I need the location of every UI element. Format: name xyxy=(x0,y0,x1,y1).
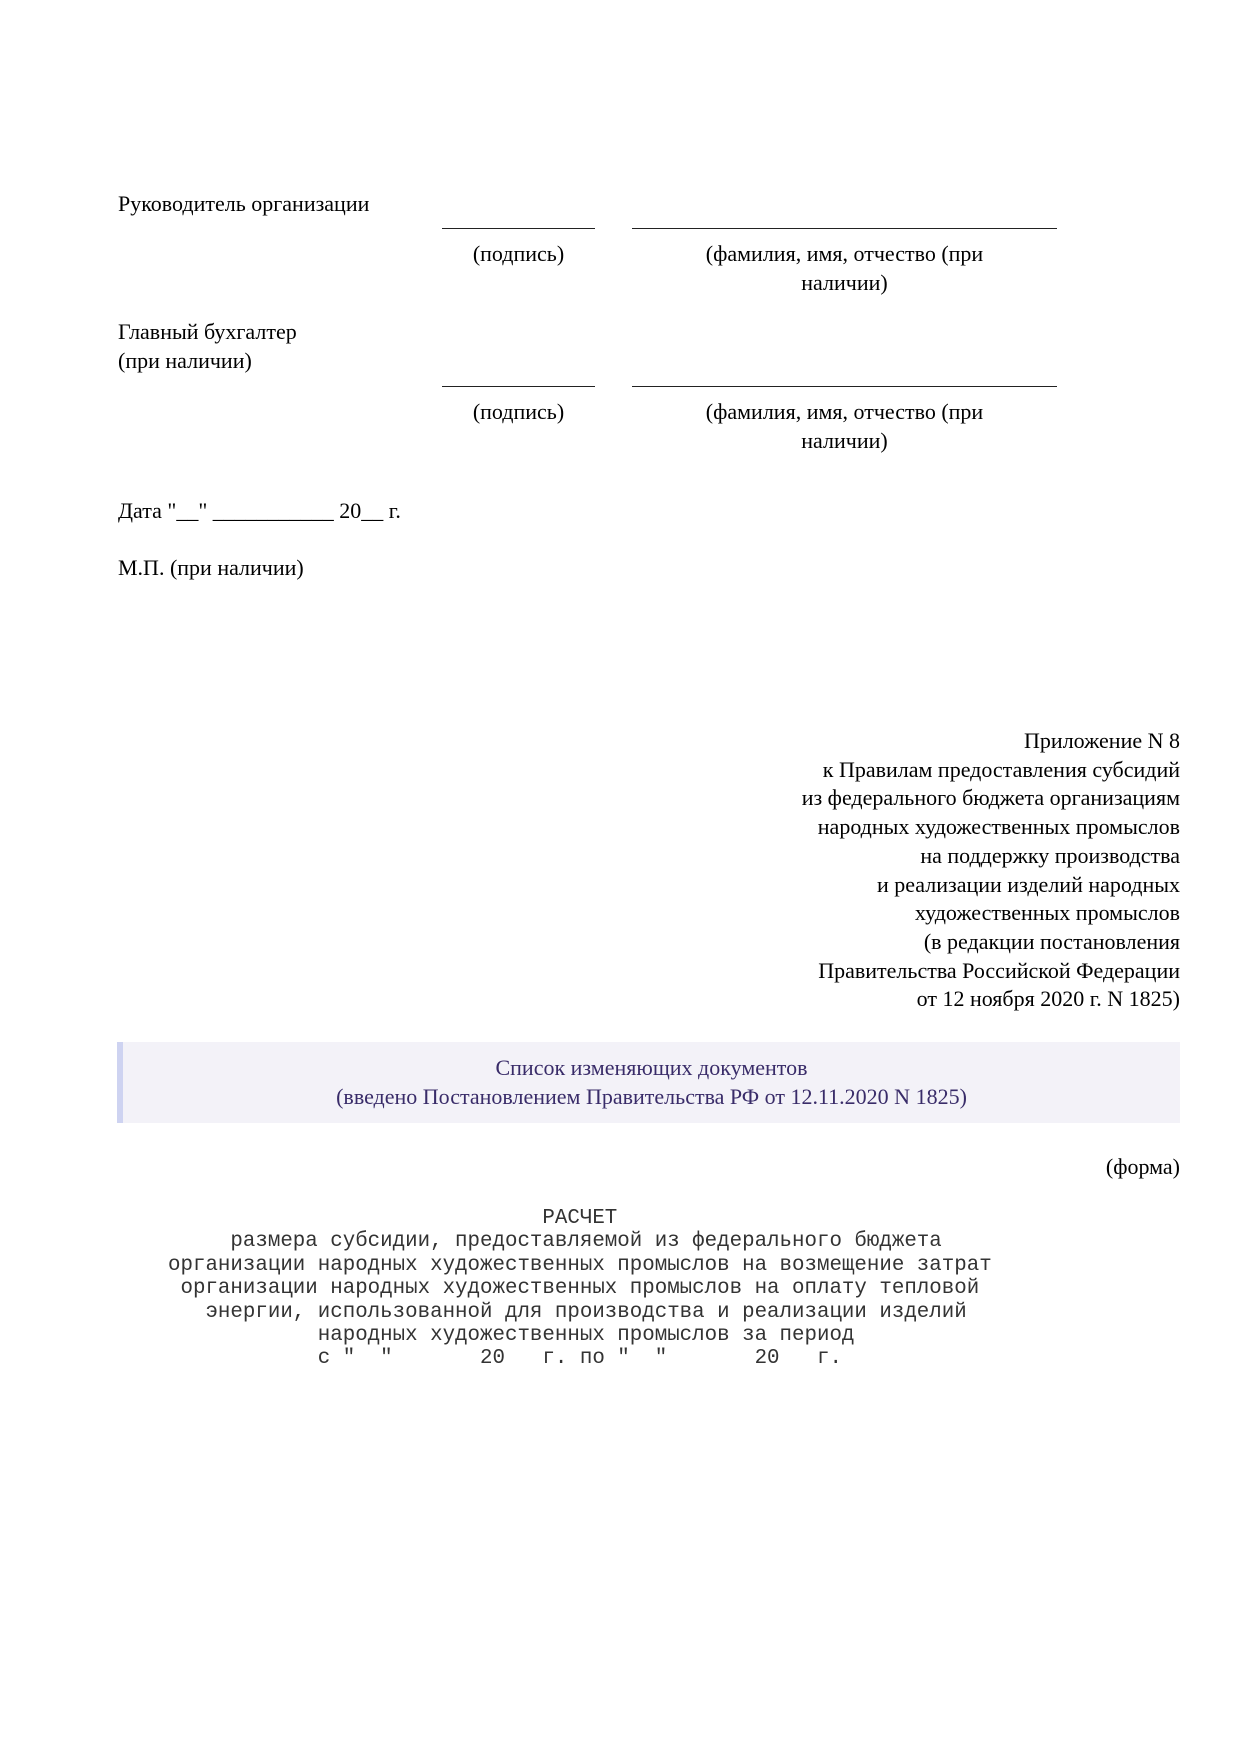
head-name-caption: (фамилия, имя, отчество (при наличии) xyxy=(632,240,1057,297)
appendix-line: Приложение N 8 xyxy=(802,727,1180,756)
accountant-signature-caption: (подпись) xyxy=(442,398,595,427)
calculation-line: энергии, использованной для производства… xyxy=(168,1301,992,1324)
chief-accountant-label: Главный бухгалтер (при наличии) xyxy=(118,318,297,375)
appendix-line: (в редакции постановления xyxy=(802,928,1180,957)
appendix-line: Правительства Российской Федерации xyxy=(802,957,1180,986)
calculation-line: размера субсидии, предоставляемой из фед… xyxy=(168,1230,992,1253)
head-name-line[interactable] xyxy=(632,228,1057,229)
accountant-name-caption-line-2: наличии) xyxy=(632,427,1057,456)
accountant-name-caption-line-1: (фамилия, имя, отчество (при xyxy=(632,398,1057,427)
appendix-line: художественных промыслов xyxy=(802,899,1180,928)
changing-documents-box: Список изменяющих документов (введено По… xyxy=(117,1042,1180,1123)
calculation-line: организации народных художественных пром… xyxy=(168,1277,992,1300)
calculation-line: народных художественных промыслов за пер… xyxy=(168,1324,992,1347)
form-label: (форма) xyxy=(1106,1153,1180,1182)
date-line[interactable]: Дата "__" ___________ 20__ г. xyxy=(118,497,401,526)
appendix-header: Приложение N 8 к Правилам предоставления… xyxy=(802,727,1180,1014)
appendix-line: народных художественных промыслов xyxy=(802,813,1180,842)
head-name-caption-line-1: (фамилия, имя, отчество (при xyxy=(632,240,1057,269)
calculation-period-line[interactable]: с " " 20 г. по " " 20 г. xyxy=(168,1347,992,1370)
head-signature-caption: (подпись) xyxy=(442,240,595,269)
calculation-title: РАСЧЕТ xyxy=(168,1207,992,1230)
accountant-name-line[interactable] xyxy=(632,386,1057,387)
stamp-label: М.П. (при наличии) xyxy=(118,554,304,583)
appendix-line: от 12 ноября 2020 г. N 1825) xyxy=(802,985,1180,1014)
head-signature-line[interactable] xyxy=(442,228,595,229)
changing-documents-link[interactable]: (введено Постановлением Правительства РФ… xyxy=(123,1083,1180,1112)
appendix-line: на поддержку производства xyxy=(802,842,1180,871)
calculation-line: организации народных художественных пром… xyxy=(168,1254,992,1277)
changing-documents-title: Список изменяющих документов xyxy=(123,1042,1180,1083)
accountant-name-caption: (фамилия, имя, отчество (при наличии) xyxy=(632,398,1057,455)
accountant-signature-line[interactable] xyxy=(442,386,595,387)
appendix-line: и реализации изделий народных xyxy=(802,871,1180,900)
chief-accountant-label-line-1: Главный бухгалтер xyxy=(118,318,297,347)
head-of-organization-label: Руководитель организации xyxy=(118,190,369,219)
appendix-line: из федерального бюджета организациям xyxy=(802,784,1180,813)
calculation-title-block: РАСЧЕТ размера субсидии, предоставляемой… xyxy=(168,1207,992,1371)
appendix-line: к Правилам предоставления субсидий xyxy=(802,756,1180,785)
head-name-caption-line-2: наличии) xyxy=(632,269,1057,298)
chief-accountant-label-line-2: (при наличии) xyxy=(118,347,297,376)
